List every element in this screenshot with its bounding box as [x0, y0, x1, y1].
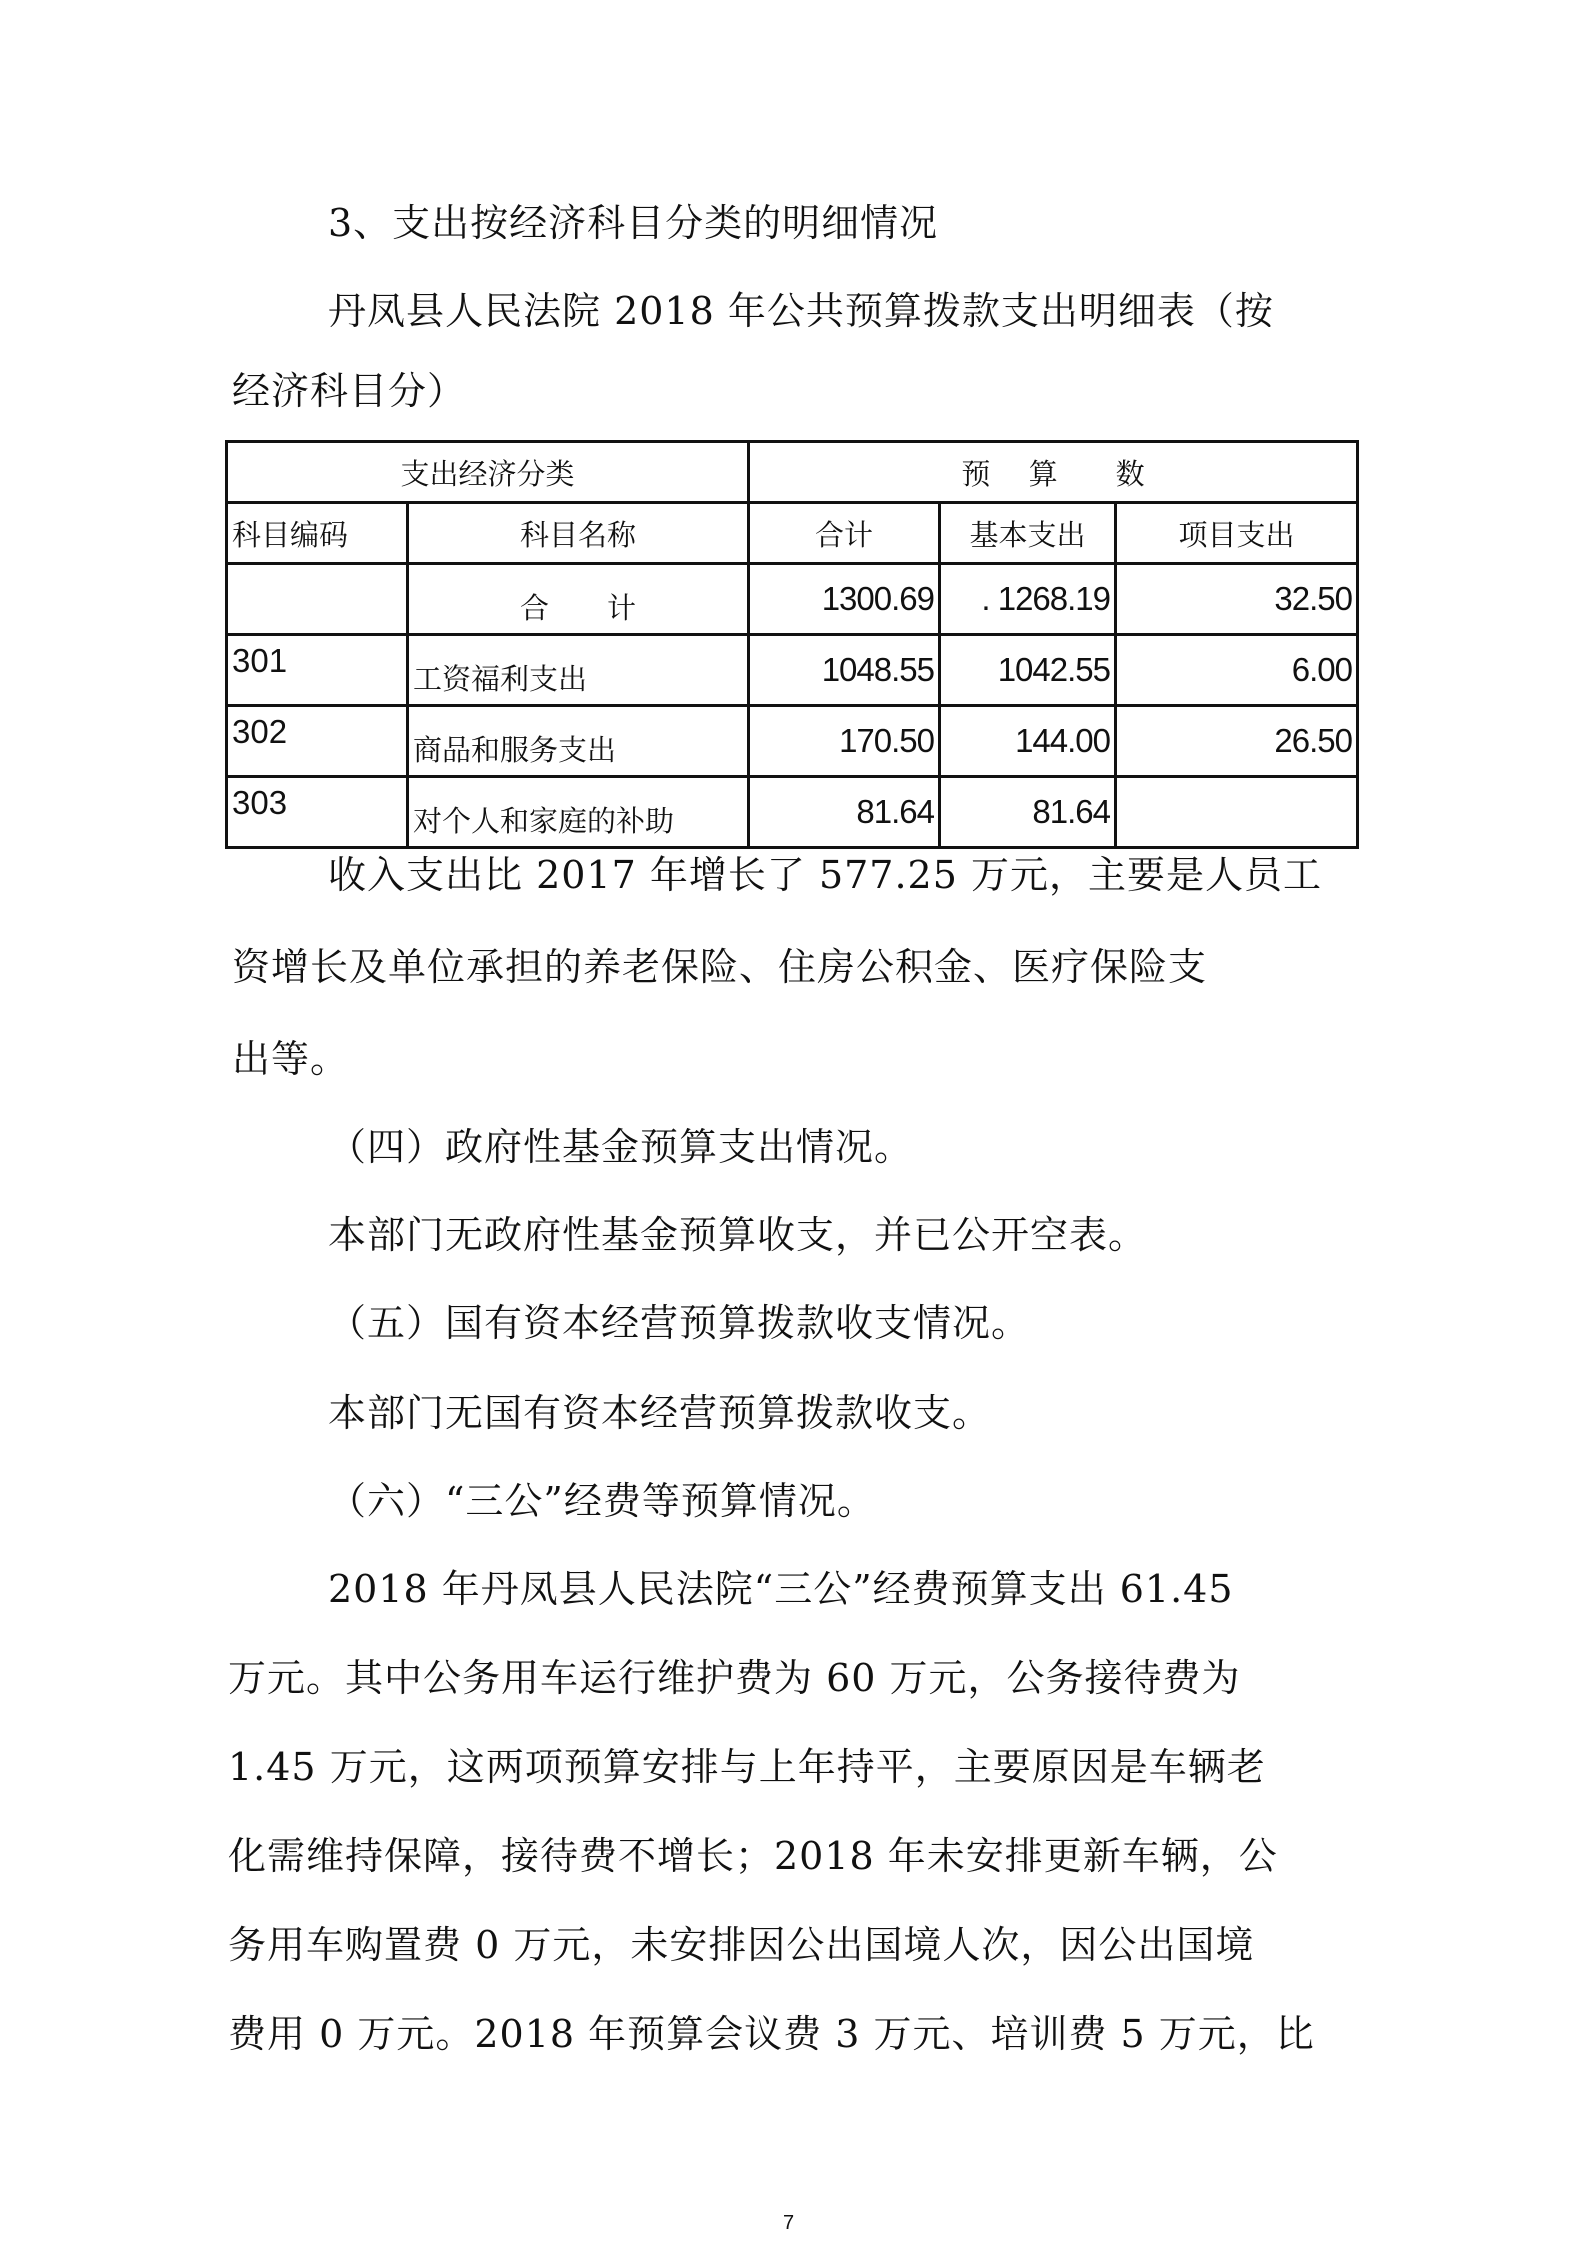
group-header-budget: 预 算 数 [749, 442, 1358, 503]
cell-total: 1300.69 [749, 564, 940, 635]
paragraph-5: 本部门无国有资本经营预算拨款收支。 [328, 1390, 991, 1436]
table-row: 301 工资福利支出 1048.55 1042.55 6.00 [227, 635, 1358, 706]
cell-project: 32.50 [1116, 564, 1358, 635]
cell-name: 工资福利支出 [408, 635, 749, 706]
cell-code: 303 [227, 777, 408, 848]
paragraph-line: 1.45 万元，这两项预算安排与上年持平，主要原因是车辆老 [228, 1744, 1266, 1790]
paragraph-line: 费用 0 万元。2018 年预算会议费 3 万元、培训费 5 万元，比 [228, 2011, 1315, 2057]
paragraph-line: 收入支出比 2017 年增长了 577.25 万元，主要是人员工 [328, 852, 1322, 898]
table-column-header-row: 科目编码 科目名称 合计 基本支出 项目支出 [227, 503, 1358, 564]
group-header-classification: 支出经济分类 [227, 442, 749, 503]
cell-code [227, 564, 408, 635]
cell-basic: 144.00 [940, 706, 1116, 777]
col-header-code: 科目编码 [227, 503, 408, 564]
paragraph-line: 务用车购置费 0 万元，未安排因公出国境人次，因公出国境 [228, 1922, 1254, 1968]
page-number: 7 [783, 2212, 794, 2235]
cell-code: 302 [227, 706, 408, 777]
subheading-5: （五）国有资本经营预算拨款收支情况。 [328, 1300, 1030, 1346]
cell-total: 81.64 [749, 777, 940, 848]
paragraph-4: 本部门无政府性基金预算收支，并已公开空表。 [328, 1212, 1147, 1258]
col-header-project: 项目支出 [1116, 503, 1358, 564]
table-group-header-row: 支出经济分类 预 算 数 [227, 442, 1358, 503]
cell-total: 170.50 [749, 706, 940, 777]
budget-table: 支出经济分类 预 算 数 科目编码 科目名称 合计 基本支出 项目支出 合 计 … [225, 440, 1359, 849]
cell-code: 301 [227, 635, 408, 706]
table-title-line2: 经济科目分） [232, 368, 466, 414]
paragraph-line: 化需维持保障，接待费不增长；2018 年未安排更新车辆，公 [228, 1833, 1278, 1879]
paragraph-line: 万元。其中公务用车运行维护费为 60 万元，公务接待费为 [228, 1655, 1241, 1701]
cell-total: 1048.55 [749, 635, 940, 706]
cell-project [1116, 777, 1358, 848]
table-row: 302 商品和服务支出 170.50 144.00 26.50 [227, 706, 1358, 777]
cell-basic: . 1268.19 [940, 564, 1116, 635]
col-header-name: 科目名称 [408, 503, 749, 564]
col-header-basic: 基本支出 [940, 503, 1116, 564]
table-row: 303 对个人和家庭的补助 81.64 81.64 [227, 777, 1358, 848]
subheading-6: （六）“三公”经费等预算情况。 [328, 1478, 876, 1524]
cell-project: 26.50 [1116, 706, 1358, 777]
cell-name: 对个人和家庭的补助 [408, 777, 749, 848]
table-row-total: 合 计 1300.69 . 1268.19 32.50 [227, 564, 1358, 635]
paragraph-line: 出等。 [232, 1036, 349, 1082]
cell-project: 6.00 [1116, 635, 1358, 706]
table-title-line1: 丹凤县人民法院 2018 年公共预算拨款支出明细表（按 [328, 288, 1274, 334]
paragraph-line: 2018 年丹凤县人民法院“三公”经费预算支出 61.45 [328, 1566, 1234, 1612]
section-heading: 3、支出按经济科目分类的明细情况 [328, 200, 938, 246]
cell-name: 合 计 [408, 564, 749, 635]
subheading-4: （四）政府性基金预算支出情况。 [328, 1124, 913, 1170]
cell-name: 商品和服务支出 [408, 706, 749, 777]
cell-basic: 1042.55 [940, 635, 1116, 706]
col-header-total: 合计 [749, 503, 940, 564]
paragraph-line: 资增长及单位承担的养老保险、住房公积金、医疗保险支 [232, 944, 1207, 990]
cell-basic: 81.64 [940, 777, 1116, 848]
